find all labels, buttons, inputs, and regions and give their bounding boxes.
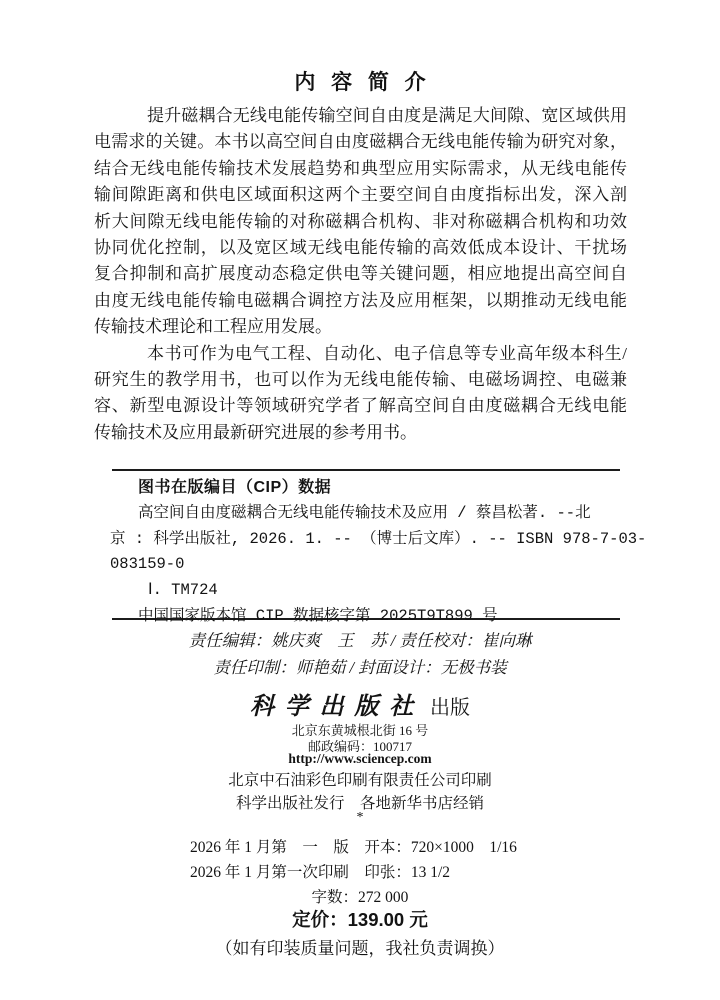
cip-line: 083159-0	[110, 552, 622, 578]
cip-header: 图书在版编目（CIP）数据	[110, 475, 622, 501]
cip-line: Ⅰ. TM724	[110, 578, 622, 604]
staff-editors-line: 责任编辑：姚庆爽 王 苏 / 责任校对：崔向琳	[0, 627, 720, 654]
word-count-line: 字数：272 000	[0, 885, 720, 907]
publisher-line: 科学出版社 出版	[0, 686, 720, 721]
edition-line: 2026 年 1 月第 一 版 开本：720×1000 1/16	[190, 835, 550, 857]
intro-p1-line: 由度无线电能传输电磁耦合调控方法及应用框架，以期推动无线电能	[94, 288, 627, 314]
staff-block: 责任编辑：姚庆爽 王 苏 / 责任校对：崔向琳 责任印制：师艳茹 / 封面设计：…	[0, 627, 720, 681]
quality-notice: （如有印装质量问题，我社负责调换）	[0, 934, 720, 959]
staff-printing-line: 责任印制：师艳茹 / 封面设计：无极书装	[0, 654, 720, 681]
intro-p1-line: 提升磁耦合无线电能传输空间自由度是满足大间隙、宽区域供用	[94, 103, 627, 129]
intro-body: 提升磁耦合无线电能传输空间自由度是满足大间隙、宽区域供用 电需求的关键。本书以高…	[94, 103, 627, 446]
intro-p2-line: 研究生的教学用书，也可以作为无线电能传输、电磁场调控、电磁兼	[94, 367, 627, 393]
intro-p1-line: 协同优化控制，以及宽区域无线电能传输的高效低成本设计、干扰场	[94, 235, 627, 261]
intro-p1-line: 复合抑制和高扩展度动态稳定供电等关键问题，相应地提出高空间自	[94, 261, 627, 287]
impression-line: 2026 年 1 月第一次印刷 印张：13 1/2	[190, 860, 550, 882]
cip-line: 中国国家版本馆 CIP 数据核字第 2025T9T899 号	[110, 604, 622, 630]
intro-p2-line: 传输技术及应用最新研究进展的参考用书。	[94, 420, 627, 446]
intro-p1-line: 析大间隙无线电能传输的对称磁耦合机构、非对称磁耦合机构和功效	[94, 209, 627, 235]
intro-title: 内容简介	[0, 66, 720, 96]
copyright-page: 内容简介 提升磁耦合无线电能传输空间自由度是满足大间隙、宽区域供用 电需求的关键…	[0, 0, 720, 1000]
separator-star: *	[0, 810, 720, 826]
cip-block: 图书在版编目（CIP）数据 高空间自由度磁耦合无线电能传输技术及应用 / 蔡昌松…	[110, 475, 622, 630]
printer-line: 北京中石油彩色印刷有限责任公司印刷	[0, 768, 720, 790]
intro-p2-line: 本书可作为电气工程、自动化、电子信息等专业高年级本科生/	[94, 341, 627, 367]
intro-p1-line: 输间隙距离和供电区域面积这两个主要空间自由度指标出发，深入剖	[94, 182, 627, 208]
cip-line: 高空间自由度磁耦合无线电能传输技术及应用 / 蔡昌松著. --北	[110, 501, 622, 527]
publisher-logo-suffix: 出版	[430, 697, 470, 719]
intro-p1-line: 结合无线电能传输技术发展趋势和典型应用实际需求，从无线电能传	[94, 156, 627, 182]
cip-line: 京 : 科学出版社, 2026. 1. -- （博士后文库）. -- ISBN …	[110, 527, 622, 553]
publisher-logo: 科学出版社	[250, 694, 424, 720]
publisher-website: http://www.sciencep.com	[0, 751, 720, 767]
intro-p2-line: 容、新型电源设计等领域研究学者了解高空间自由度磁耦合无线电能	[94, 393, 627, 419]
price-line: 定价：139.00 元	[0, 906, 720, 932]
cip-rule-top	[112, 469, 620, 471]
intro-p1-line: 电需求的关键。本书以高空间自由度磁耦合无线电能传输为研究对象，	[94, 129, 627, 155]
intro-p1-line: 传输技术理论和工程应用发展。	[94, 314, 627, 340]
